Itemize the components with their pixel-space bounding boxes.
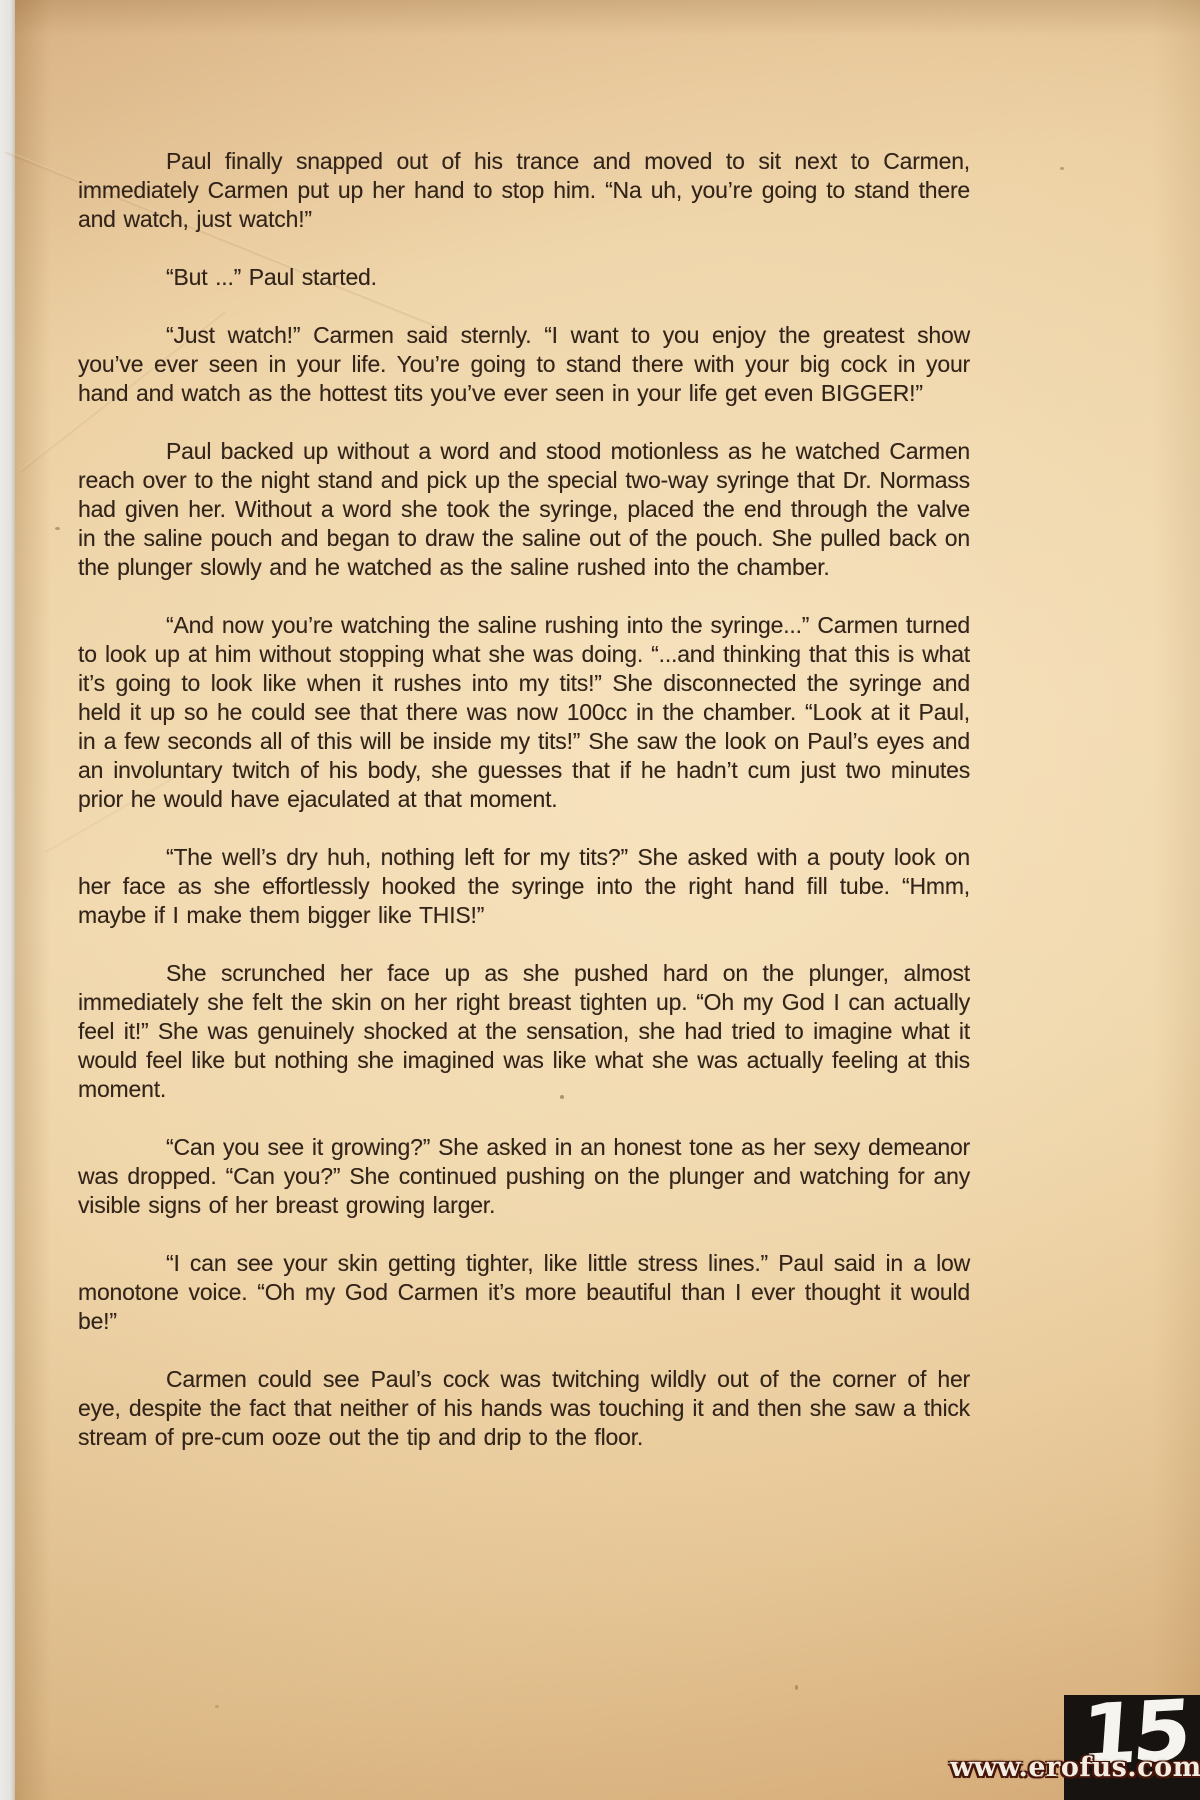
scanner-margin: [0, 0, 15, 1800]
page-number-plate: 15: [1064, 1695, 1200, 1800]
story-paragraph-5: “And now you’re watching the saline rush…: [78, 611, 970, 814]
paper-background: Paul finally snapped out of his trance a…: [15, 0, 1200, 1800]
story-paragraph-4: Paul backed up without a word and stood …: [78, 437, 970, 582]
paper-speck: [215, 1705, 219, 1708]
paper-speck: [1060, 167, 1064, 170]
story-paragraph-8: “Can you see it growing?” She asked in a…: [78, 1133, 970, 1220]
story-paragraph-10: Carmen could see Paul’s cock was twitchi…: [78, 1365, 970, 1452]
story-paragraph-6: “The well’s dry huh, nothing left for my…: [78, 843, 970, 930]
erofus-watermark: www.erofus.com: [950, 1752, 1200, 1783]
paper-speck: [55, 527, 60, 530]
story-paragraph-3: “Just watch!” Carmen said sternly. “I wa…: [78, 321, 970, 408]
story-text-block: Paul finally snapped out of his trance a…: [78, 147, 970, 1481]
story-paragraph-9: “I can see your skin getting tighter, li…: [78, 1249, 970, 1336]
story-paragraph-7: She scrunched her face up as she pushed …: [78, 959, 970, 1104]
paper-speck: [795, 1685, 798, 1690]
story-paragraph-1: Paul finally snapped out of his trance a…: [78, 147, 970, 234]
scanned-page: Paul finally snapped out of his trance a…: [0, 0, 1200, 1800]
story-paragraph-2: “But ...” Paul started.: [78, 263, 970, 292]
